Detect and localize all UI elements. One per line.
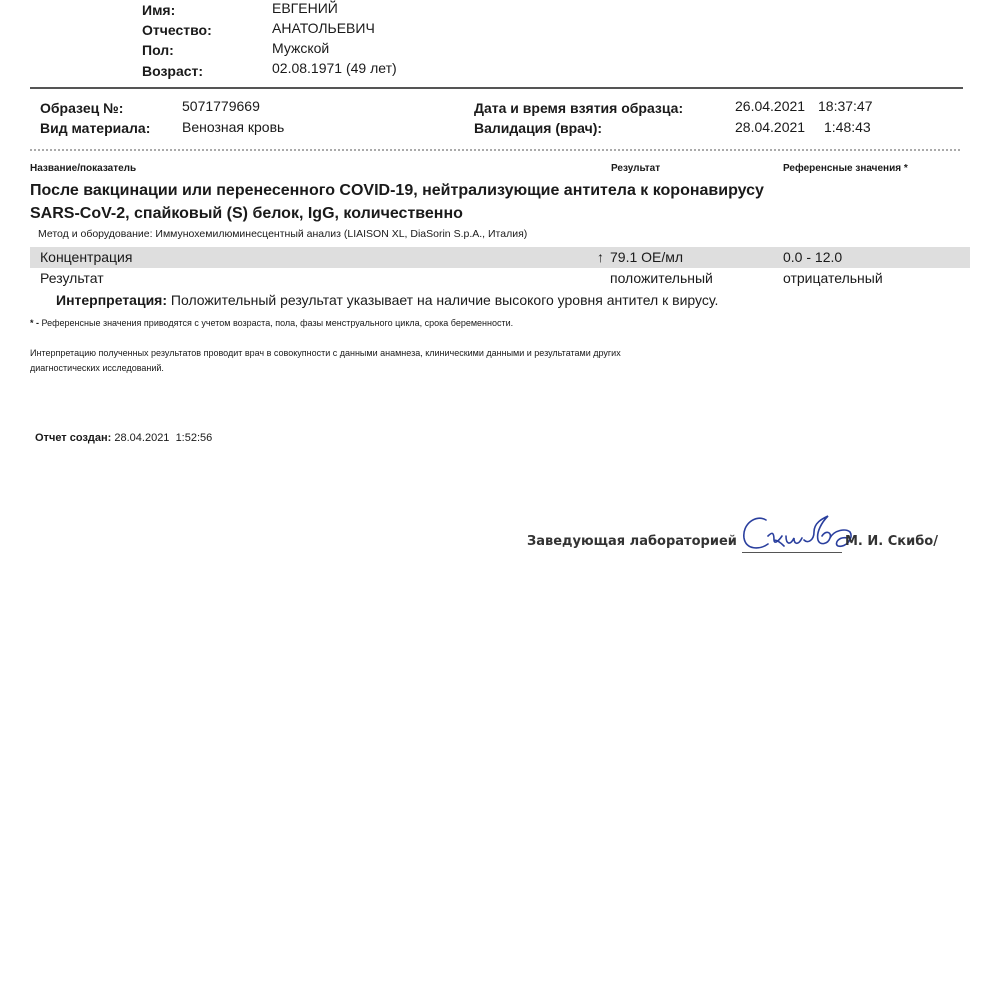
signature-name: М. И. Скибо/ [845, 534, 938, 549]
patronymic-label: Отчество: [142, 22, 212, 38]
row-concentration-name: Концентрация [40, 249, 132, 265]
footnote-marker: * - [30, 318, 39, 328]
patient-name: ЕВГЕНИЙ [272, 0, 338, 16]
patient-sex: Мужской [272, 40, 329, 56]
arrow-up-icon: ↑ [597, 249, 604, 265]
column-header-name: Название/показатель [30, 163, 136, 174]
material-label: Вид материала: [40, 120, 150, 136]
validation-time: 1:48:43 [824, 119, 871, 135]
interpretation-text: Положительный результат указывает на нал… [171, 292, 718, 308]
row-result-name: Результат [40, 270, 104, 286]
row-concentration-result: 79.1 ОЕ/мл [610, 249, 683, 265]
validation-date: 28.04.2021 [735, 119, 805, 135]
interpretation: Интерпретация: Положительный результат у… [56, 292, 718, 308]
report-created-date: 28.04.2021 [114, 432, 169, 444]
row-concentration-reference: 0.0 - 12.0 [783, 249, 842, 265]
sample-number: 5071779669 [182, 98, 260, 114]
column-header-result: Результат [611, 163, 660, 174]
patient-patronymic: АНАТОЛЬЕВИЧ [272, 20, 375, 36]
row-result-reference: отрицательный [783, 270, 883, 286]
material-value: Венозная кровь [182, 119, 284, 135]
method-equipment: Метод и оборудование: Иммунохемилюминесц… [38, 228, 527, 240]
name-label: Имя: [142, 2, 175, 18]
sample-taken-date: 26.04.2021 [735, 98, 805, 114]
signature-title: Заведующая лабораторией [527, 534, 737, 549]
reference-footnote: * - Референсные значения приводятся с уч… [30, 318, 513, 328]
test-title-line2: SARS-CoV-2, спайковый (S) белок, IgG, ко… [30, 205, 463, 223]
row-result-value: положительный [610, 270, 713, 286]
disclaimer-line2: диагностических исследований. [30, 363, 164, 373]
patient-age: 02.08.1971 (49 лет) [272, 60, 397, 76]
sample-taken-time: 18:37:47 [818, 98, 873, 114]
section-divider [30, 149, 960, 151]
report-created: Отчет создан: 28.04.2021 1:52:56 [35, 432, 212, 444]
interpretation-label: Интерпретация: [56, 292, 167, 308]
footnote-text: Референсные значения приводятся с учетом… [42, 318, 514, 328]
sample-number-label: Образец №: [40, 100, 123, 116]
disclaimer-line1: Интерпретацию полученных результатов про… [30, 348, 621, 358]
test-title-line1: После вакцинации или перенесенного COVID… [30, 182, 764, 200]
column-header-reference: Референсные значения * [783, 163, 908, 174]
sex-label: Пол: [142, 42, 174, 58]
validation-label: Валидация (врач): [474, 120, 602, 136]
handwritten-signature [738, 510, 858, 558]
sample-taken-label: Дата и время взятия образца: [474, 100, 683, 116]
report-created-time: 1:52:56 [176, 432, 213, 444]
report-created-label: Отчет создан: [35, 432, 111, 444]
age-label: Возраст: [142, 63, 203, 79]
header-divider [30, 87, 963, 89]
